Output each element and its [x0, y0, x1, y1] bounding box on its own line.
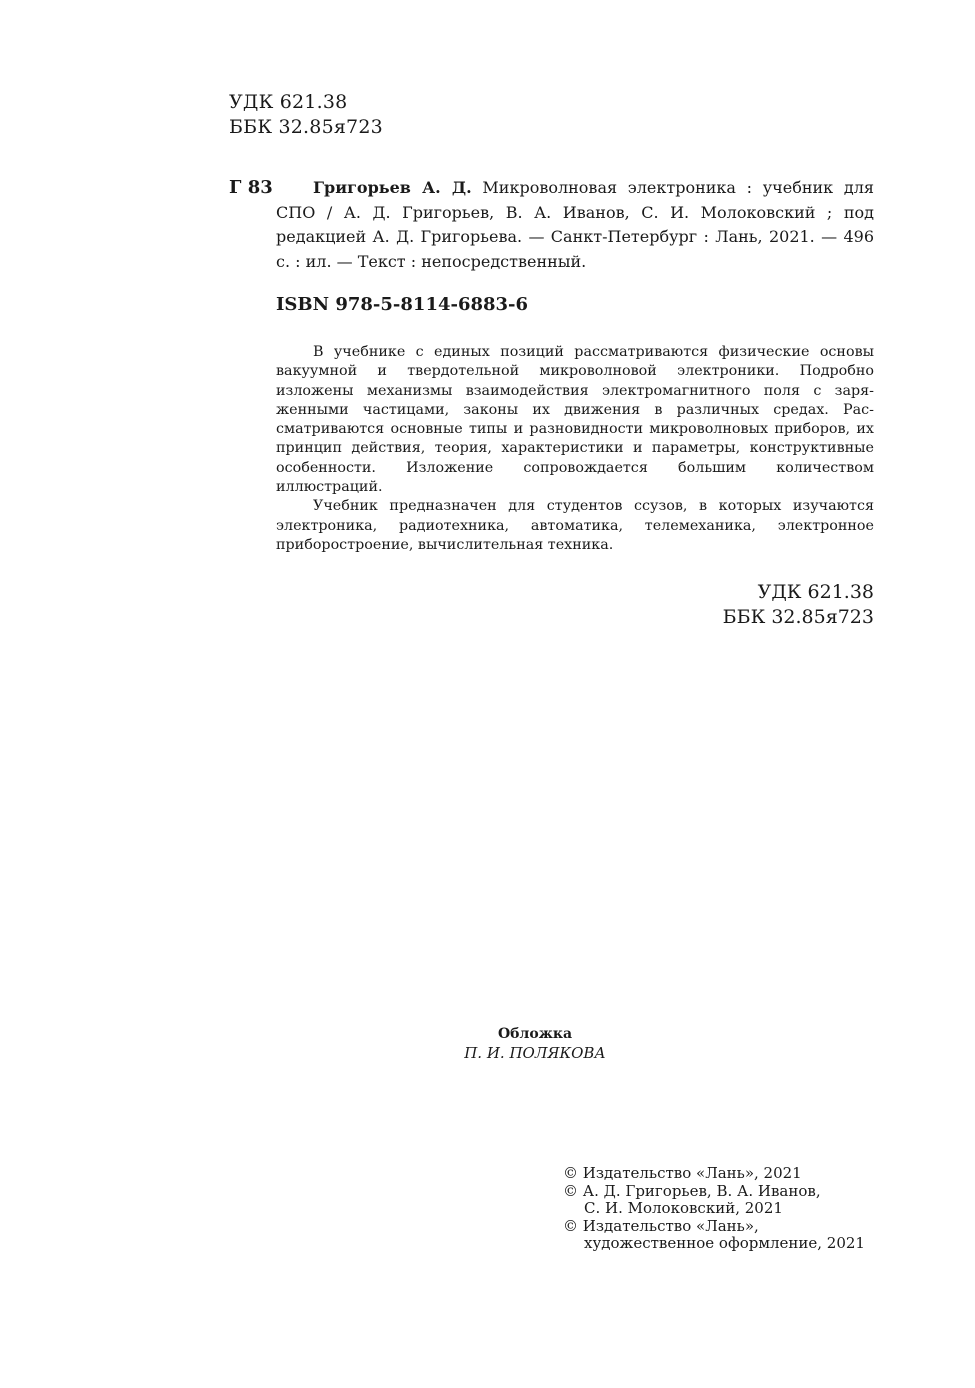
abstract-paragraph: Учебник предназначен для студентов ссузо… [276, 497, 874, 555]
copyright-line: © Издательство «Лань», 2021 [563, 1165, 865, 1183]
cover-designer-name: П. И. ПОЛЯКОВА [430, 1044, 640, 1063]
copyright-line: С. И. Молоковский, 2021 [563, 1200, 865, 1218]
author-name: Григорьев А. Д. [313, 178, 472, 197]
cover-label: Обложка [430, 1025, 640, 1044]
udk-code: УДК 621.38 [229, 90, 383, 115]
udk-code: УДК 621.38 [723, 580, 874, 605]
copyright-line: художественное оформление, 2021 [563, 1235, 865, 1253]
isbn: ISBN 978-5-8114-6883-6 [276, 293, 528, 317]
abstract-paragraph: В учебнике с единых позиций рассматриваю… [276, 343, 874, 497]
copyright-block: © Издательство «Лань», 2021 © А. Д. Григ… [563, 1165, 865, 1253]
bbk-code: ББК 32.85я723 [229, 115, 383, 140]
author-mark: Г 83 [229, 176, 273, 200]
copyright-line: © А. Д. Григорьев, В. А. Иванов, [563, 1183, 865, 1201]
copyright-line: © Издательство «Лань», [563, 1218, 865, 1236]
cover-credit: Обложка П. И. ПОЛЯКОВА [430, 1025, 640, 1063]
abstract: В учебнике с единых позиций рассматриваю… [276, 343, 874, 555]
bbk-code: ББК 32.85я723 [723, 605, 874, 630]
classification-codes-bottom: УДК 621.38 ББК 32.85я723 [723, 580, 874, 630]
classification-codes-top: УДК 621.38 ББК 32.85я723 [229, 90, 383, 140]
bibliographic-description: Григорьев А. Д. Микроволновая электроник… [276, 176, 874, 274]
